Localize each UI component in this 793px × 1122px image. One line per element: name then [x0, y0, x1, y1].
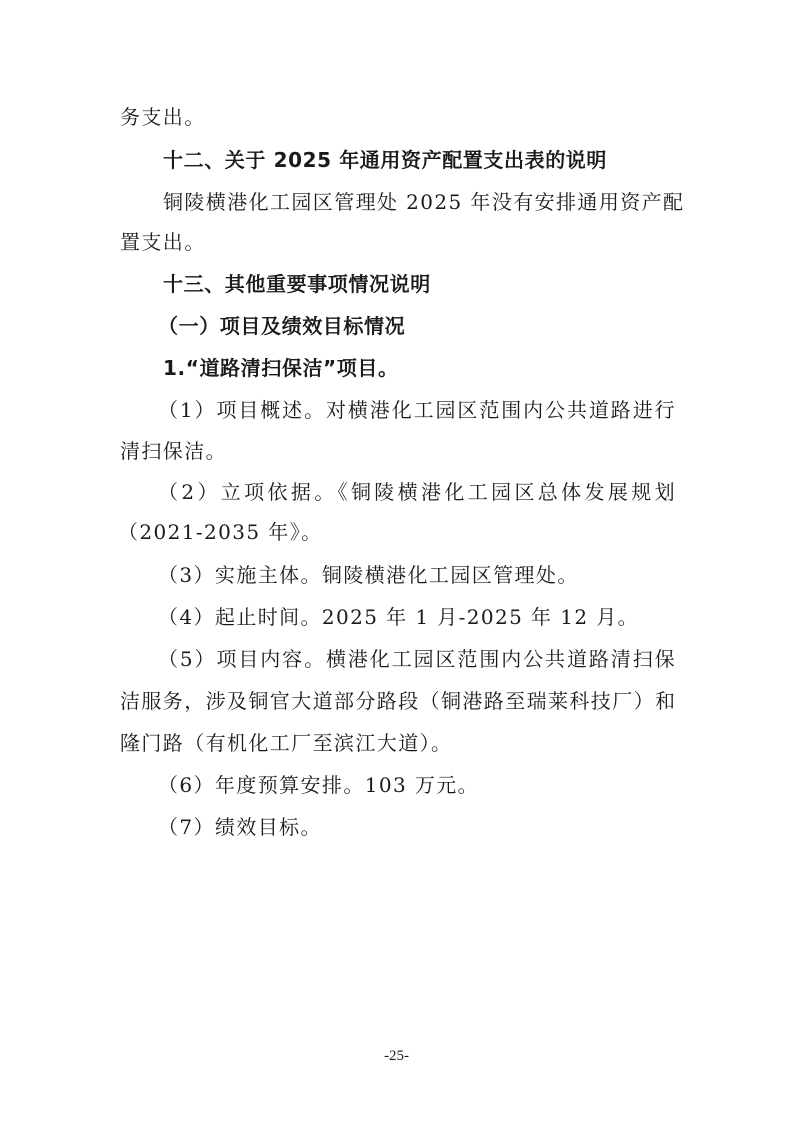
- section-12-body-line-2: 置支出。: [120, 230, 206, 254]
- item-5-content-line-1: （5）项目内容。横港化工园区范围内公共道路清扫保: [158, 647, 676, 671]
- page-number: -25-: [0, 1048, 793, 1065]
- subsection-heading-1: （一）项目及绩效目标情况: [158, 314, 405, 338]
- item-2-basis-line-2: （2021-2035 年》。: [118, 520, 323, 544]
- paragraph-continuation-1: 务支出。: [120, 105, 206, 129]
- item-7-performance-goals: （7）绩效目标。: [158, 815, 322, 839]
- item-1-overview-line-1: （1）项目概述。对横港化工园区范围内公共道路进行: [158, 398, 676, 422]
- section-12-body-line-1: 铜陵横港化工园区管理处 2025 年没有安排通用资产配: [163, 190, 676, 214]
- section-heading-13: 十三、其他重要事项情况说明: [163, 272, 431, 296]
- item-3-implementer: （3）实施主体。铜陵横港化工园区管理处。: [158, 563, 579, 587]
- item-1-overview-line-2: 清扫保洁。: [120, 439, 227, 463]
- project-heading-road-cleaning: 1.“道路清扫保洁”项目。: [163, 356, 399, 380]
- item-4-period: （4）起止时间。2025 年 1 月-2025 年 12 月。: [158, 605, 639, 629]
- item-2-basis-line-1: （2）立项依据。《铜陵横港化工园区总体发展规划: [158, 480, 676, 504]
- item-5-content-line-2: 洁服务，涉及铜官大道部分路段（铜港路至瑞莱科技厂）和: [120, 689, 676, 713]
- section-heading-12: 十二、关于 2025 年通用资产配置支出表的说明: [163, 148, 607, 172]
- item-5-content-line-3: 隆门路（有机化工厂至滨江大道）。: [120, 731, 452, 755]
- item-6-budget: （6）年度预算安排。103 万元。: [158, 773, 479, 797]
